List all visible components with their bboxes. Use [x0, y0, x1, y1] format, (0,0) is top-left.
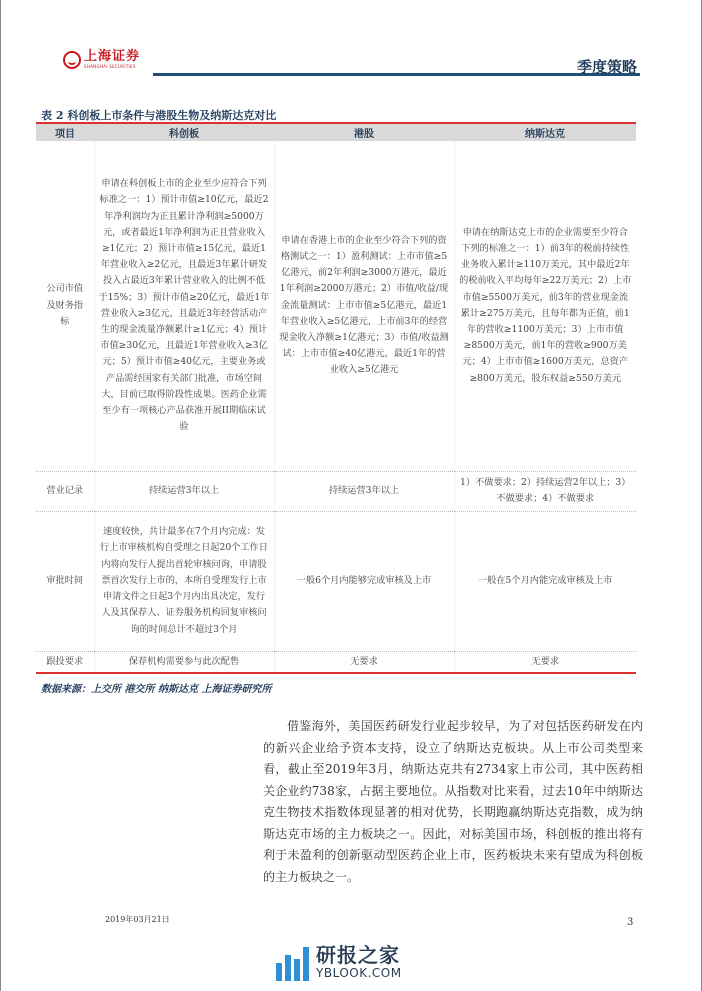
table-bottom-rule [36, 672, 636, 674]
column-header-star-market: 科创板 [94, 124, 274, 141]
cell-nasdaq: 1）不做要求；2）持续运营2年以上；3）不做要求；4）不做要求 [454, 471, 636, 511]
column-header-hk: 港股 [274, 124, 454, 141]
row-label: 审批时间 [36, 511, 94, 651]
page-header: 上海证券 SHANGHAI SECURITIES 季度策略 [1, 0, 702, 100]
cell-hk: 申请在香港上市的企业至少符合下列的资格测试之一：1）盈利测试：上市市值≥5亿港元… [274, 141, 454, 471]
data-source-note: 数据来源：上交所 港交所 纳斯达克 上海证券研究所 [41, 680, 271, 695]
cell-nasdaq: 申请在纳斯达克上市的企业需要至少符合下列的标准之一：1）前3年的税前持续性业务收… [454, 141, 636, 471]
watermark-chinese: 研报之家 [316, 944, 402, 966]
cell-nasdaq: 一般在5个月内能完成审核及上市 [454, 511, 636, 651]
report-type-title: 季度策略 [577, 56, 637, 77]
row-label: 公司市值及财务指标 [36, 141, 94, 471]
logo-english-name: SHANGHAI SECURITIES [84, 64, 140, 70]
table-header-row: 项目 科创板 港股 纳斯达克 [36, 124, 636, 141]
row-label: 营业记录 [36, 471, 94, 511]
cell-hk: 一般6个月内能够完成审核及上市 [274, 511, 454, 651]
table-row: 公司市值及财务指标 申请在科创板上市的企业至少应符合下列标准之一：1）预计市值≥… [36, 141, 636, 471]
comparison-table: 项目 科创板 港股 纳斯达克 公司市值及财务指标 申请在科创板上市的企业至少应符… [36, 122, 636, 674]
company-logo: 上海证券 SHANGHAI SECURITIES [63, 50, 140, 70]
column-header-item: 项目 [36, 124, 94, 141]
row-label: 跟投要求 [36, 651, 94, 672]
column-header-nasdaq: 纳斯达克 [454, 124, 636, 141]
table-row: 审批时间 速度较快，共计最多在7个月内完成：发行上市审核机构自受理之日起20个工… [36, 511, 636, 651]
logo-emblem-icon [63, 51, 81, 69]
body-paragraph: 借鉴海外，美国医药研发行业起步较早，为了对包括医药研发在内的新兴企业给予资本支持… [263, 716, 643, 888]
cell-hk: 无要求 [274, 651, 454, 672]
table-row: 跟投要求 保荐机构需要参与此次配售 无要求 无要求 [36, 651, 636, 672]
cell-star: 速度较快，共计最多在7个月内完成：发行上市审核机构自受理之日起20个工作日内将向… [94, 511, 274, 651]
page-number: 3 [627, 917, 633, 928]
watermark: 研报之家 YBLOOK.COM [276, 943, 402, 981]
logo-chinese-name: 上海证券 [84, 50, 140, 64]
table-caption: 表 2 科创板上市条件与港股生物及纳斯达克对比 [41, 107, 276, 123]
cell-hk: 持续运营3年以上 [274, 471, 454, 511]
table-row: 营业记录 持续运营3年以上 持续运营3年以上 1）不做要求；2）持续运营2年以上… [36, 471, 636, 511]
header-divider [153, 73, 640, 76]
bar-chart-arrow-icon [276, 943, 310, 981]
cell-star: 持续运营3年以上 [94, 471, 274, 511]
cell-nasdaq: 无要求 [454, 651, 636, 672]
cell-star: 申请在科创板上市的企业至少应符合下列标准之一：1）预计市值≥10亿元，最近2年净… [94, 141, 274, 471]
cell-star: 保荐机构需要参与此次配售 [94, 651, 274, 672]
watermark-english: YBLOOK.COM [316, 966, 402, 980]
report-date: 2019年03月21日 [105, 914, 170, 925]
